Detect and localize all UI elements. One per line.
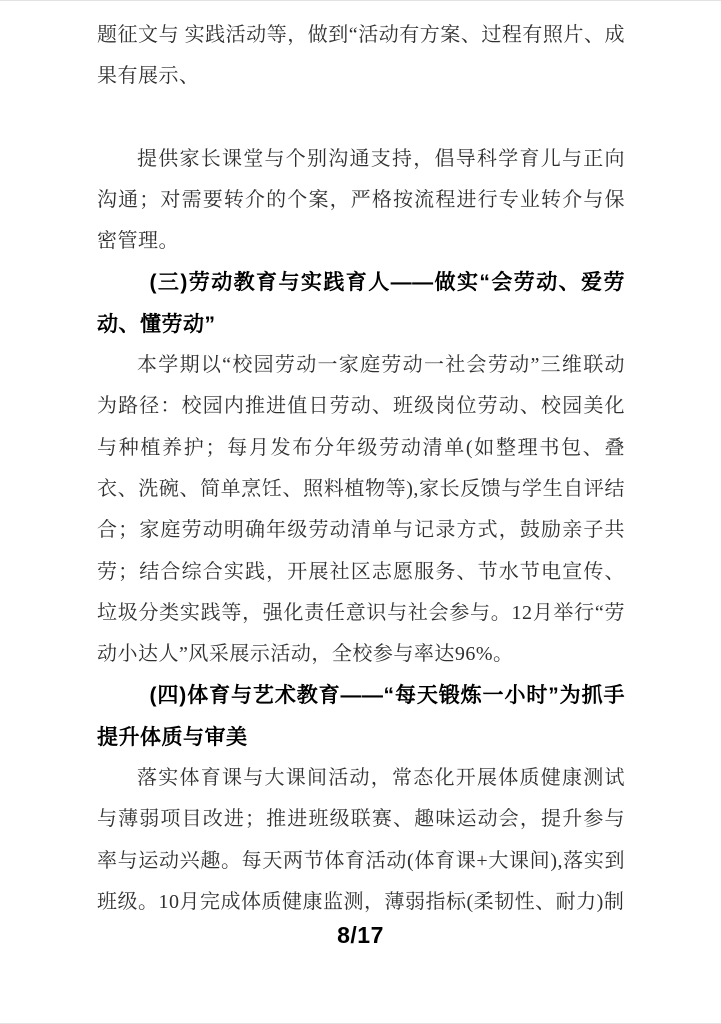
paragraph-labor-education-plan: 本学期以“校园劳动一家庭劳动一社会劳动”三维联动为路径：校园内推进值日劳动、班级…	[97, 345, 625, 675]
paragraph-family-communication: 提供家长课堂与个别沟通支持，倡导科学育儿与正向沟通；对需要转介的个案，严格按流程…	[97, 139, 625, 263]
page-number: 8/17	[0, 922, 721, 949]
paragraph-carryover: 题征文与 实践活动等，做到“活动有方案、过程有照片、成果有展示、	[97, 15, 625, 98]
section-heading-labor-education: (三)劳动教育与实践育人——做实“会劳动、爱劳动、懂劳动”	[97, 262, 625, 345]
paragraph-pe-art-plan: 落实体育课与大课间活动，常态化开展体质健康测试与薄弱项目改进；推进班级联赛、趣味…	[97, 758, 625, 923]
section-heading-pe-art: (四)体育与艺术教育——“每天锻炼一小时”为抓手 提升体质与审美	[97, 675, 625, 758]
document-page: 题征文与 实践活动等，做到“活动有方案、过程有照片、成果有展示、 提供家长课堂与…	[0, 0, 721, 1024]
